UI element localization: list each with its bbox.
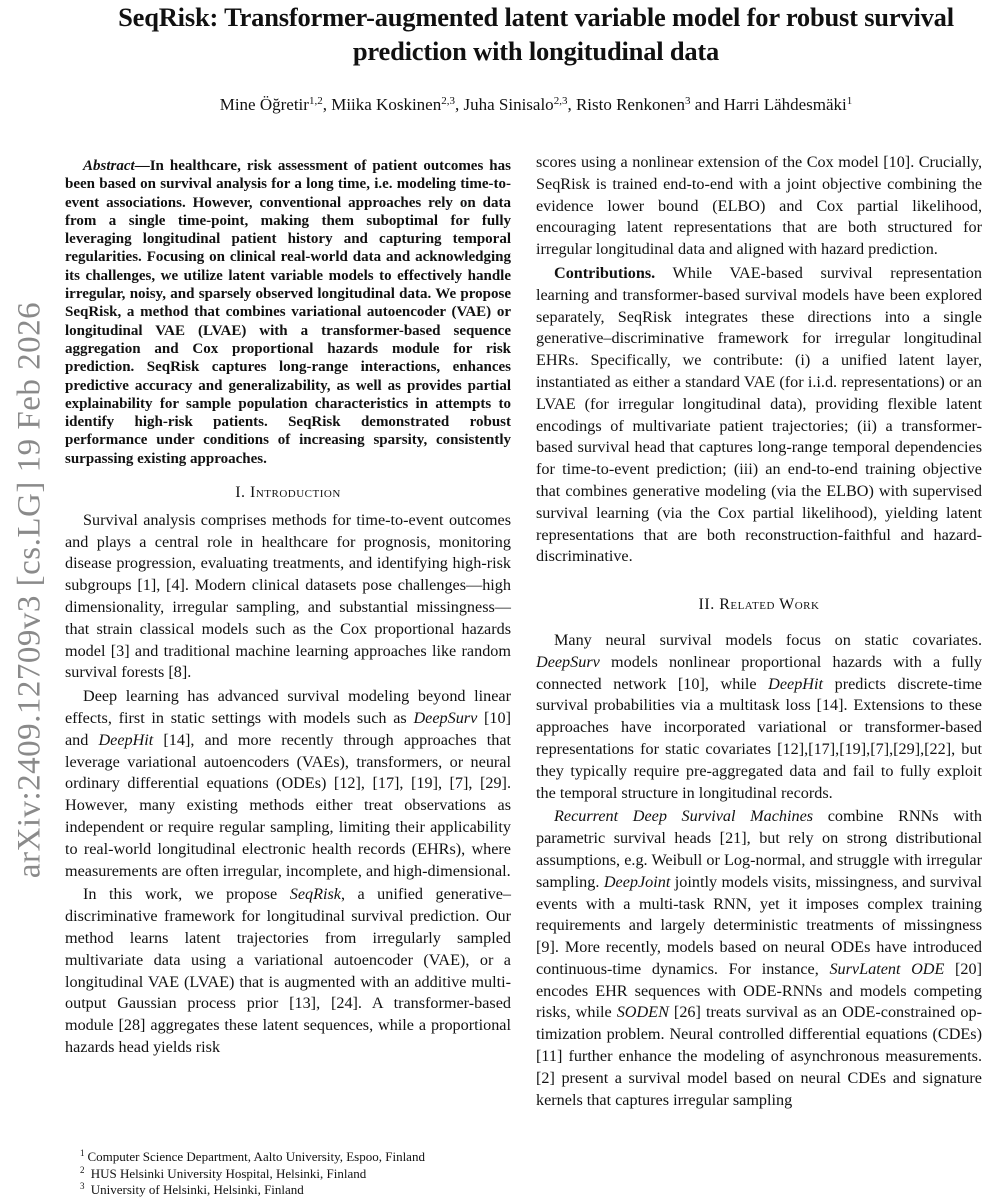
abstract-text: In healthcare, risk assessment of patien…: [65, 158, 511, 467]
right-column: scores using a nonlinear extension of th…: [536, 152, 982, 1111]
author: Risto Renkonen3 and: [576, 95, 724, 114]
paper-page: arXiv:2409.12709v3 [cs.LG] 19 Feb 2026 S…: [0, 0, 982, 1200]
author: Miika Koskinen2,3,: [331, 95, 463, 114]
paper-title: SeqRisk: Transformer-augmented latent va…: [90, 0, 982, 68]
section-heading-related-work: II. Related Work: [536, 594, 982, 616]
related-paragraph-1: Many neural survival models focus on sta…: [536, 630, 982, 804]
contributions-paragraph: Contributions. While VAE-based survival …: [536, 263, 982, 568]
section-heading-introduction: I. Introduction: [65, 482, 511, 504]
footnote: 1Computer Science Department, Aalto Univ…: [80, 1149, 510, 1166]
footnote: 2 HUS Helsinki University Hospital, Hels…: [80, 1166, 510, 1183]
intro-paragraph-2: Deep learning has advanced survival mode…: [65, 686, 511, 882]
abstract-label: Abstract: [83, 158, 135, 174]
author: Harri Lähdesmäki1: [724, 95, 853, 114]
author-list: Mine Öğretir1,2, Miika Koskinen2,3, Juha…: [90, 94, 982, 116]
arxiv-identifier-stamp: arXiv:2409.12709v3 [cs.LG] 19 Feb 2026: [12, 302, 49, 878]
intro-paragraph-1: Survival analysis comprises methods for …: [65, 510, 511, 684]
abstract: Abstract—In healthcare, risk assessment …: [65, 157, 511, 468]
intro-paragraph-3-continued: scores using a nonlinear extension of th…: [536, 152, 982, 261]
intro-paragraph-3: In this work, we propose SeqRisk, a unif…: [65, 884, 511, 1058]
related-paragraph-2: Recurrent Deep Survival Machines combine…: [536, 806, 982, 1111]
author: Juha Sinisalo2,3,: [463, 95, 575, 114]
contributions-label: Contributions.: [554, 264, 655, 282]
footnote: 3 University of Helsinki, Helsinki, Finl…: [80, 1182, 510, 1199]
affiliation-footnotes: 1Computer Science Department, Aalto Univ…: [80, 1149, 510, 1199]
left-column: Abstract—In healthcare, risk assessment …: [65, 157, 511, 1059]
author: Mine Öğretir1,2,: [220, 95, 331, 114]
